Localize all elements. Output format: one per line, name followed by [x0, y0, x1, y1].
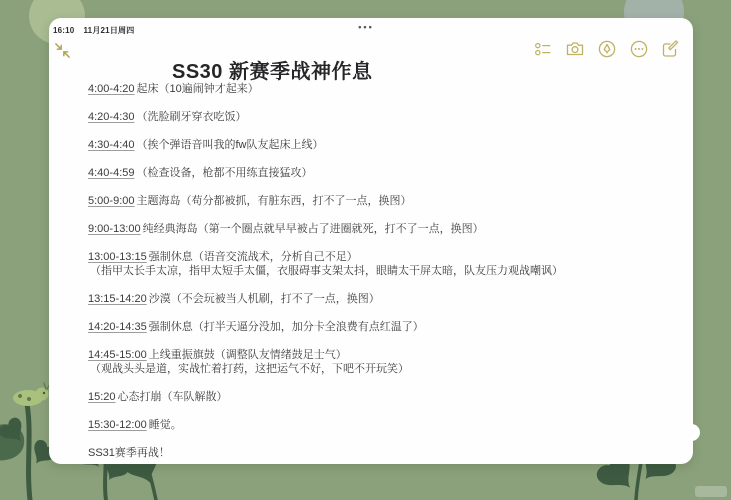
time-link[interactable]: 9:00-13:00 [88, 223, 141, 235]
window-controls-menu[interactable]: ••• [352, 22, 380, 32]
schedule-entry: 9:00-13:00纯经典海岛（第一个圈点就早早被占了进圈就死，打不了一点，换图… [88, 222, 668, 236]
schedule-entry: 14:20-14:35强制休息（打半天逼分没加，加分卡全浪费有点红温了） [88, 320, 668, 334]
status-date: 11月21日周四 [83, 26, 134, 35]
schedule-entry: 13:00-13:15强制休息（语音交流战术，分析自己不足）（指甲太长手太凉，指… [88, 250, 668, 278]
schedule-entry: 13:15-14:20沙漠（不会玩被当人机刷，打不了一点，换图） [88, 292, 668, 306]
schedule-entry: 5:00-9:00主题海岛（苟分都被抓，有脏东西，打不了一点，换图） [88, 194, 668, 208]
entry-text: SS31赛季再战！ [88, 447, 170, 459]
schedule-entry: SS31赛季再战！ [88, 446, 668, 460]
note-title: SS30 新赛季战神作息 [172, 55, 372, 84]
markup-icon[interactable] [598, 40, 616, 58]
status-bar: 16:1011月21日周四 [53, 25, 134, 36]
time-link[interactable]: 13:15-14:20 [88, 293, 147, 305]
entry-text: 上线重振旗鼓（调整队友情绪鼓足士气） [149, 349, 347, 361]
time-link[interactable]: 4:40-4:59 [88, 167, 134, 179]
schedule-entry: 4:20-4:30（洗脸刷牙穿衣吃饭） [88, 110, 668, 124]
entry-text: 主题海岛（苟分都被抓，有脏东西，打不了一点，换图） [136, 195, 411, 207]
camera-icon[interactable] [566, 40, 584, 58]
entry-text: （挨个弹语音叫我的fw队友起床上线） [136, 139, 323, 151]
entry-text-continuation: （观战头头是道，实战忙着打药，这把运气不好，下吧不开玩笑） [88, 362, 668, 376]
notes-toolbar [534, 40, 680, 58]
entry-text: 沙漠（不会玩被当人机刷，打不了一点，换图） [149, 293, 380, 305]
schedule-entry: 4:40-4:59（检查设备，枪都不用练直接猛攻） [88, 166, 668, 180]
schedule-entry: 4:00-4:20起床（10遍闹钟才起来） [88, 82, 668, 96]
entry-text: 强制休息（打半天逼分没加，加分卡全浪费有点红温了） [149, 321, 424, 333]
entry-text-continuation: （指甲太长手太凉，指甲太短手太僵，衣服碍事支架太抖，眼睛太干屏太暗，队友压力观战… [88, 264, 668, 278]
entry-text: 纯经典海岛（第一个圈点就早早被占了进圈就死，打不了一点，换图） [143, 223, 484, 235]
time-link[interactable]: 15:20 [88, 391, 116, 403]
time-link[interactable]: 14:45-15:00 [88, 349, 147, 361]
time-link[interactable]: 13:00-13:15 [88, 251, 147, 263]
status-time: 16:10 [53, 26, 74, 35]
wallpaper: { "statusbar": { "time": "16:10", "date"… [0, 0, 731, 500]
schedule-entry: 15:20心态打崩（车队解散） [88, 390, 668, 404]
entry-text: 强制休息（语音交流战术，分析自己不足） [149, 251, 358, 263]
time-link[interactable]: 15:30-12:00 [88, 419, 147, 431]
note-body: 4:00-4:20起床（10遍闹钟才起来）4:20-4:30（洗脸刷牙穿衣吃饭）… [88, 82, 668, 474]
time-link[interactable]: 4:20-4:30 [88, 111, 134, 123]
schedule-entry: 4:30-4:40（挨个弹语音叫我的fw队友起床上线） [88, 138, 668, 152]
checklist-icon[interactable] [534, 40, 552, 58]
time-link[interactable]: 5:00-9:00 [88, 195, 134, 207]
schedule-entry: 15:30-12:00睡觉。 [88, 418, 668, 432]
entry-text: （洗脸刷牙穿衣吃饭） [136, 111, 246, 123]
entry-text: 睡觉。 [149, 419, 182, 431]
entry-text: 起床（10遍闹钟才起来） [136, 83, 258, 95]
time-link[interactable]: 4:30-4:40 [88, 139, 134, 151]
entry-text: （检查设备，枪都不用练直接猛攻） [136, 167, 312, 179]
collapse-arrows-icon[interactable] [53, 41, 72, 60]
more-icon[interactable] [630, 40, 648, 58]
compose-icon[interactable] [662, 40, 680, 58]
time-link[interactable]: 4:00-4:20 [88, 83, 134, 95]
entry-text: 心态打崩（车队解散） [118, 391, 228, 403]
time-link[interactable]: 14:20-14:35 [88, 321, 147, 333]
schedule-entry: 14:45-15:00上线重振旗鼓（调整队友情绪鼓足士气）（观战头头是道，实战忙… [88, 348, 668, 376]
